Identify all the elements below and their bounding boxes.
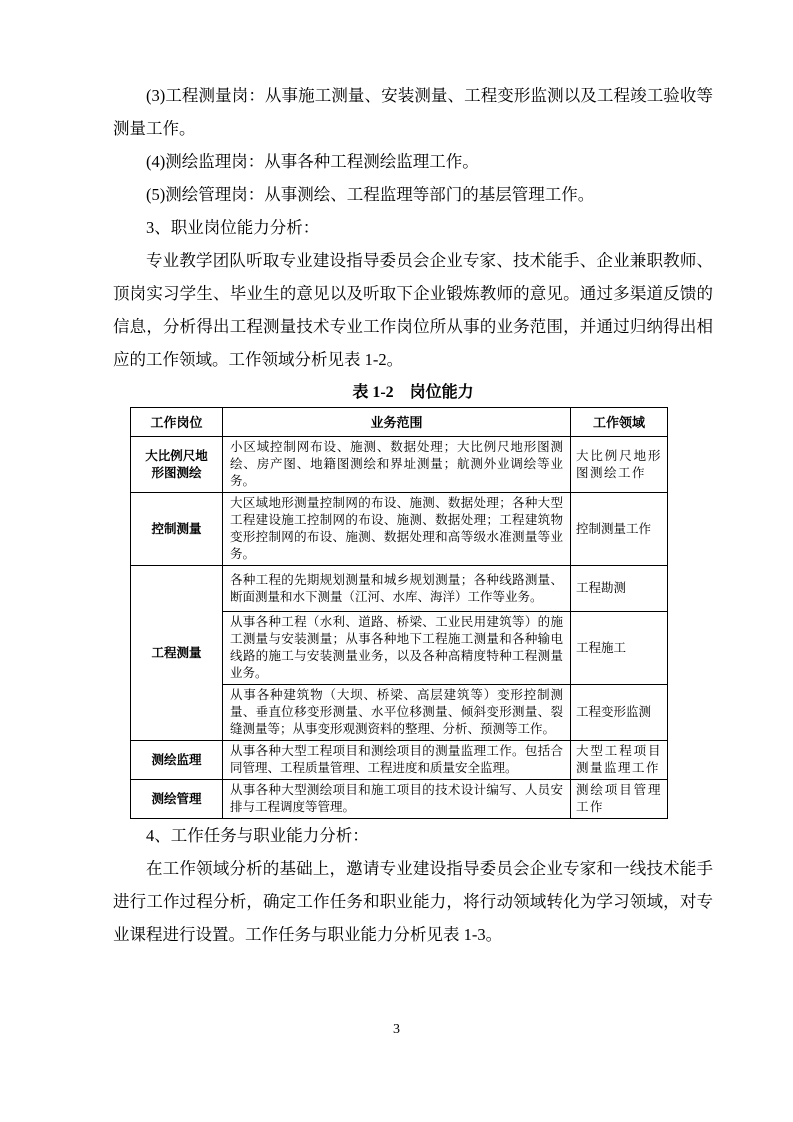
table-row: 工程测量 各种工程的先期规划测量和城乡规划测量；各种线路测量、断面测量和水下测量…: [131, 566, 668, 612]
section-heading-4: 4、工作任务与职业能力分析：: [113, 819, 713, 852]
field-cell: 工程施工: [571, 612, 668, 685]
scope-cell: 从事各种建筑物（大坝、桥梁、高层建筑等）变形控制测量、垂直位移变形测量、水平位移…: [223, 685, 571, 741]
paragraph-item-4: (4)测绘监理岗：从事各种工程测绘监理工作。: [113, 145, 713, 178]
table-header-row: 工作岗位 业务范围 工作领域: [131, 408, 668, 437]
post-cell: 测绘管理: [131, 780, 223, 819]
scope-cell: 从事各种大型工程项目和测绘项目的测量监理工作。包括合同管理、工程质量管理、工程进…: [223, 741, 571, 780]
job-ability-table: 工作岗位 业务范围 工作领域 大比例尺地 形图测绘 小区域控制网布设、施测、数据…: [130, 407, 668, 819]
scope-cell: 小区域控制网布设、施测、数据处理；大比例尺地形图测绘、房产图、地籍图测绘和界址测…: [223, 437, 571, 493]
paragraph-task-analysis: 在工作领域分析的基础上，邀请专业建设指导委员会企业专家和一线技术能手进行工作过程…: [113, 852, 713, 951]
field-cell: 大型工程项目测量监理工作: [571, 741, 668, 780]
column-header-post: 工作岗位: [131, 408, 223, 437]
paragraph-item-5: (5)测绘管理岗：从事测绘、工程监理等部门的基层管理工作。: [113, 178, 713, 211]
section-heading-3: 3、职业岗位能力分析：: [113, 211, 713, 244]
paragraph-job-analysis: 专业教学团队听取专业建设指导委员会企业专家、技术能手、企业兼职教师、顶岗实习学生…: [113, 244, 713, 376]
document-page: (3)工程测量岗：从事施工测量、安装测量、工程变形监测以及工程竣工验收等测量工作…: [0, 0, 793, 1122]
table-row: 测绘管理 从事各种大型测绘项目和施工项目的技术设计编写、人员安排与工程调度等管理…: [131, 780, 668, 819]
field-cell: 工程变形监测: [571, 685, 668, 741]
column-header-scope: 业务范围: [223, 408, 571, 437]
post-cell: 大比例尺地 形图测绘: [131, 437, 223, 493]
field-cell: 控制测量工作: [571, 493, 668, 566]
table-row: 大比例尺地 形图测绘 小区域控制网布设、施测、数据处理；大比例尺地形图测绘、房产…: [131, 437, 668, 493]
field-cell: 大比例尺地形图测绘工作: [571, 437, 668, 493]
column-header-field: 工作领域: [571, 408, 668, 437]
table-row: 控制测量 大区域地形测量控制网的布设、施测、数据处理；各种大型工程建设施工控制网…: [131, 493, 668, 566]
table-row: 测绘监理 从事各种大型工程项目和测绘项目的测量监理工作。包括合同管理、工程质量管…: [131, 741, 668, 780]
scope-cell: 各种工程的先期规划测量和城乡规划测量；各种线路测量、断面测量和水下测量（江河、水…: [223, 566, 571, 612]
scope-cell: 大区域地形测量控制网的布设、施测、数据处理；各种大型工程建设施工控制网的布设、施…: [223, 493, 571, 566]
scope-cell: 从事各种工程（水利、道路、桥梁、工业民用建筑等）的施工测量与安装测量；从事各种地…: [223, 612, 571, 685]
paragraph-item-3: (3)工程测量岗：从事施工测量、安装测量、工程变形监测以及工程竣工验收等测量工作…: [113, 79, 713, 145]
table-title: 表 1-2 岗位能力: [113, 381, 713, 405]
page-number: 3: [0, 1021, 793, 1039]
post-cell: 工程测量: [131, 566, 223, 741]
scope-cell: 从事各种大型测绘项目和施工项目的技术设计编写、人员安排与工程调度等管理。: [223, 780, 571, 819]
field-cell: 测绘项目管理工作: [571, 780, 668, 819]
field-cell: 工程勘测: [571, 566, 668, 612]
post-cell: 控制测量: [131, 493, 223, 566]
document-content: (3)工程测量岗：从事施工测量、安装测量、工程变形监测以及工程竣工验收等测量工作…: [113, 79, 713, 951]
post-cell: 测绘监理: [131, 741, 223, 780]
